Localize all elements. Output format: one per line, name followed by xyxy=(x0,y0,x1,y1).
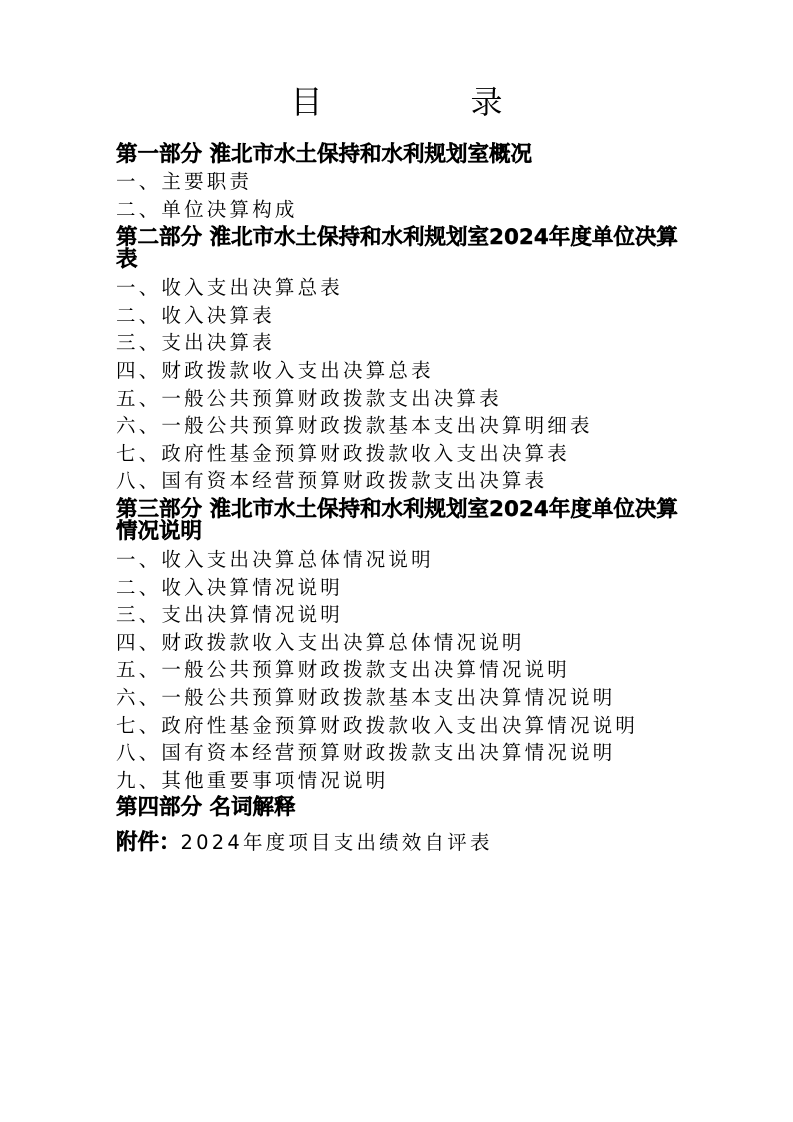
toc-item: 七、政府性基金预算财政拨款收入支出决算情况说明 xyxy=(116,712,696,740)
part-1-heading: 第一部分 淮北市水土保持和水利规划室概况 xyxy=(116,141,696,168)
appendix-line: 附件：2024年度项目支出绩效自评表 xyxy=(116,829,696,857)
toc-item: 二、单位决算构成 xyxy=(116,196,696,224)
toc-item: 一、收入支出决算总表 xyxy=(116,274,696,302)
toc-item: 九、其他重要事项情况说明 xyxy=(116,767,696,795)
toc-item: 一、收入支出决算总体情况说明 xyxy=(116,546,696,574)
toc-item: 五、一般公共预算财政拨款支出决算表 xyxy=(116,385,696,413)
toc-item: 八、国有资本经营预算财政拨款支出决算情况说明 xyxy=(116,739,696,767)
toc-item: 三、支出决算表 xyxy=(116,329,696,357)
toc-item: 六、一般公共预算财政拨款基本支出决算情况说明 xyxy=(116,684,696,712)
document-page: 目 录 第一部分 淮北市水土保持和水利规划室概况 一、主要职责 二、单位决算构成… xyxy=(0,0,793,1122)
page-title: 目 录 xyxy=(0,82,793,122)
toc-item: 四、财政拨款收入支出决算总表 xyxy=(116,357,696,385)
toc-item: 一、主要职责 xyxy=(116,168,696,196)
toc-item: 四、财政拨款收入支出决算总体情况说明 xyxy=(116,629,696,657)
toc-item: 三、支出决算情况说明 xyxy=(116,601,696,629)
toc-item: 二、收入决算情况说明 xyxy=(116,574,696,602)
part-3-heading: 第三部分 淮北市水土保持和水利规划室2024年度单位决算情况说明 xyxy=(116,499,696,543)
part-4-heading: 第四部分 名词解释 xyxy=(116,794,696,821)
part-2-heading: 第二部分 淮北市水土保持和水利规划室2024年度单位决算表 xyxy=(116,227,696,271)
toc-item: 七、政府性基金预算财政拨款收入支出决算表 xyxy=(116,440,696,468)
toc-item: 五、一般公共预算财政拨款支出决算情况说明 xyxy=(116,656,696,684)
toc-item: 二、收入决算表 xyxy=(116,302,696,330)
table-of-contents: 第一部分 淮北市水土保持和水利规划室概况 一、主要职责 二、单位决算构成 第二部… xyxy=(116,141,696,857)
toc-item: 六、一般公共预算财政拨款基本支出决算明细表 xyxy=(116,412,696,440)
toc-item: 八、国有资本经营预算财政拨款支出决算表 xyxy=(116,467,696,495)
appendix-label: 附件： xyxy=(116,830,181,855)
appendix-text: 2024年度项目支出绩效自评表 xyxy=(181,831,493,854)
